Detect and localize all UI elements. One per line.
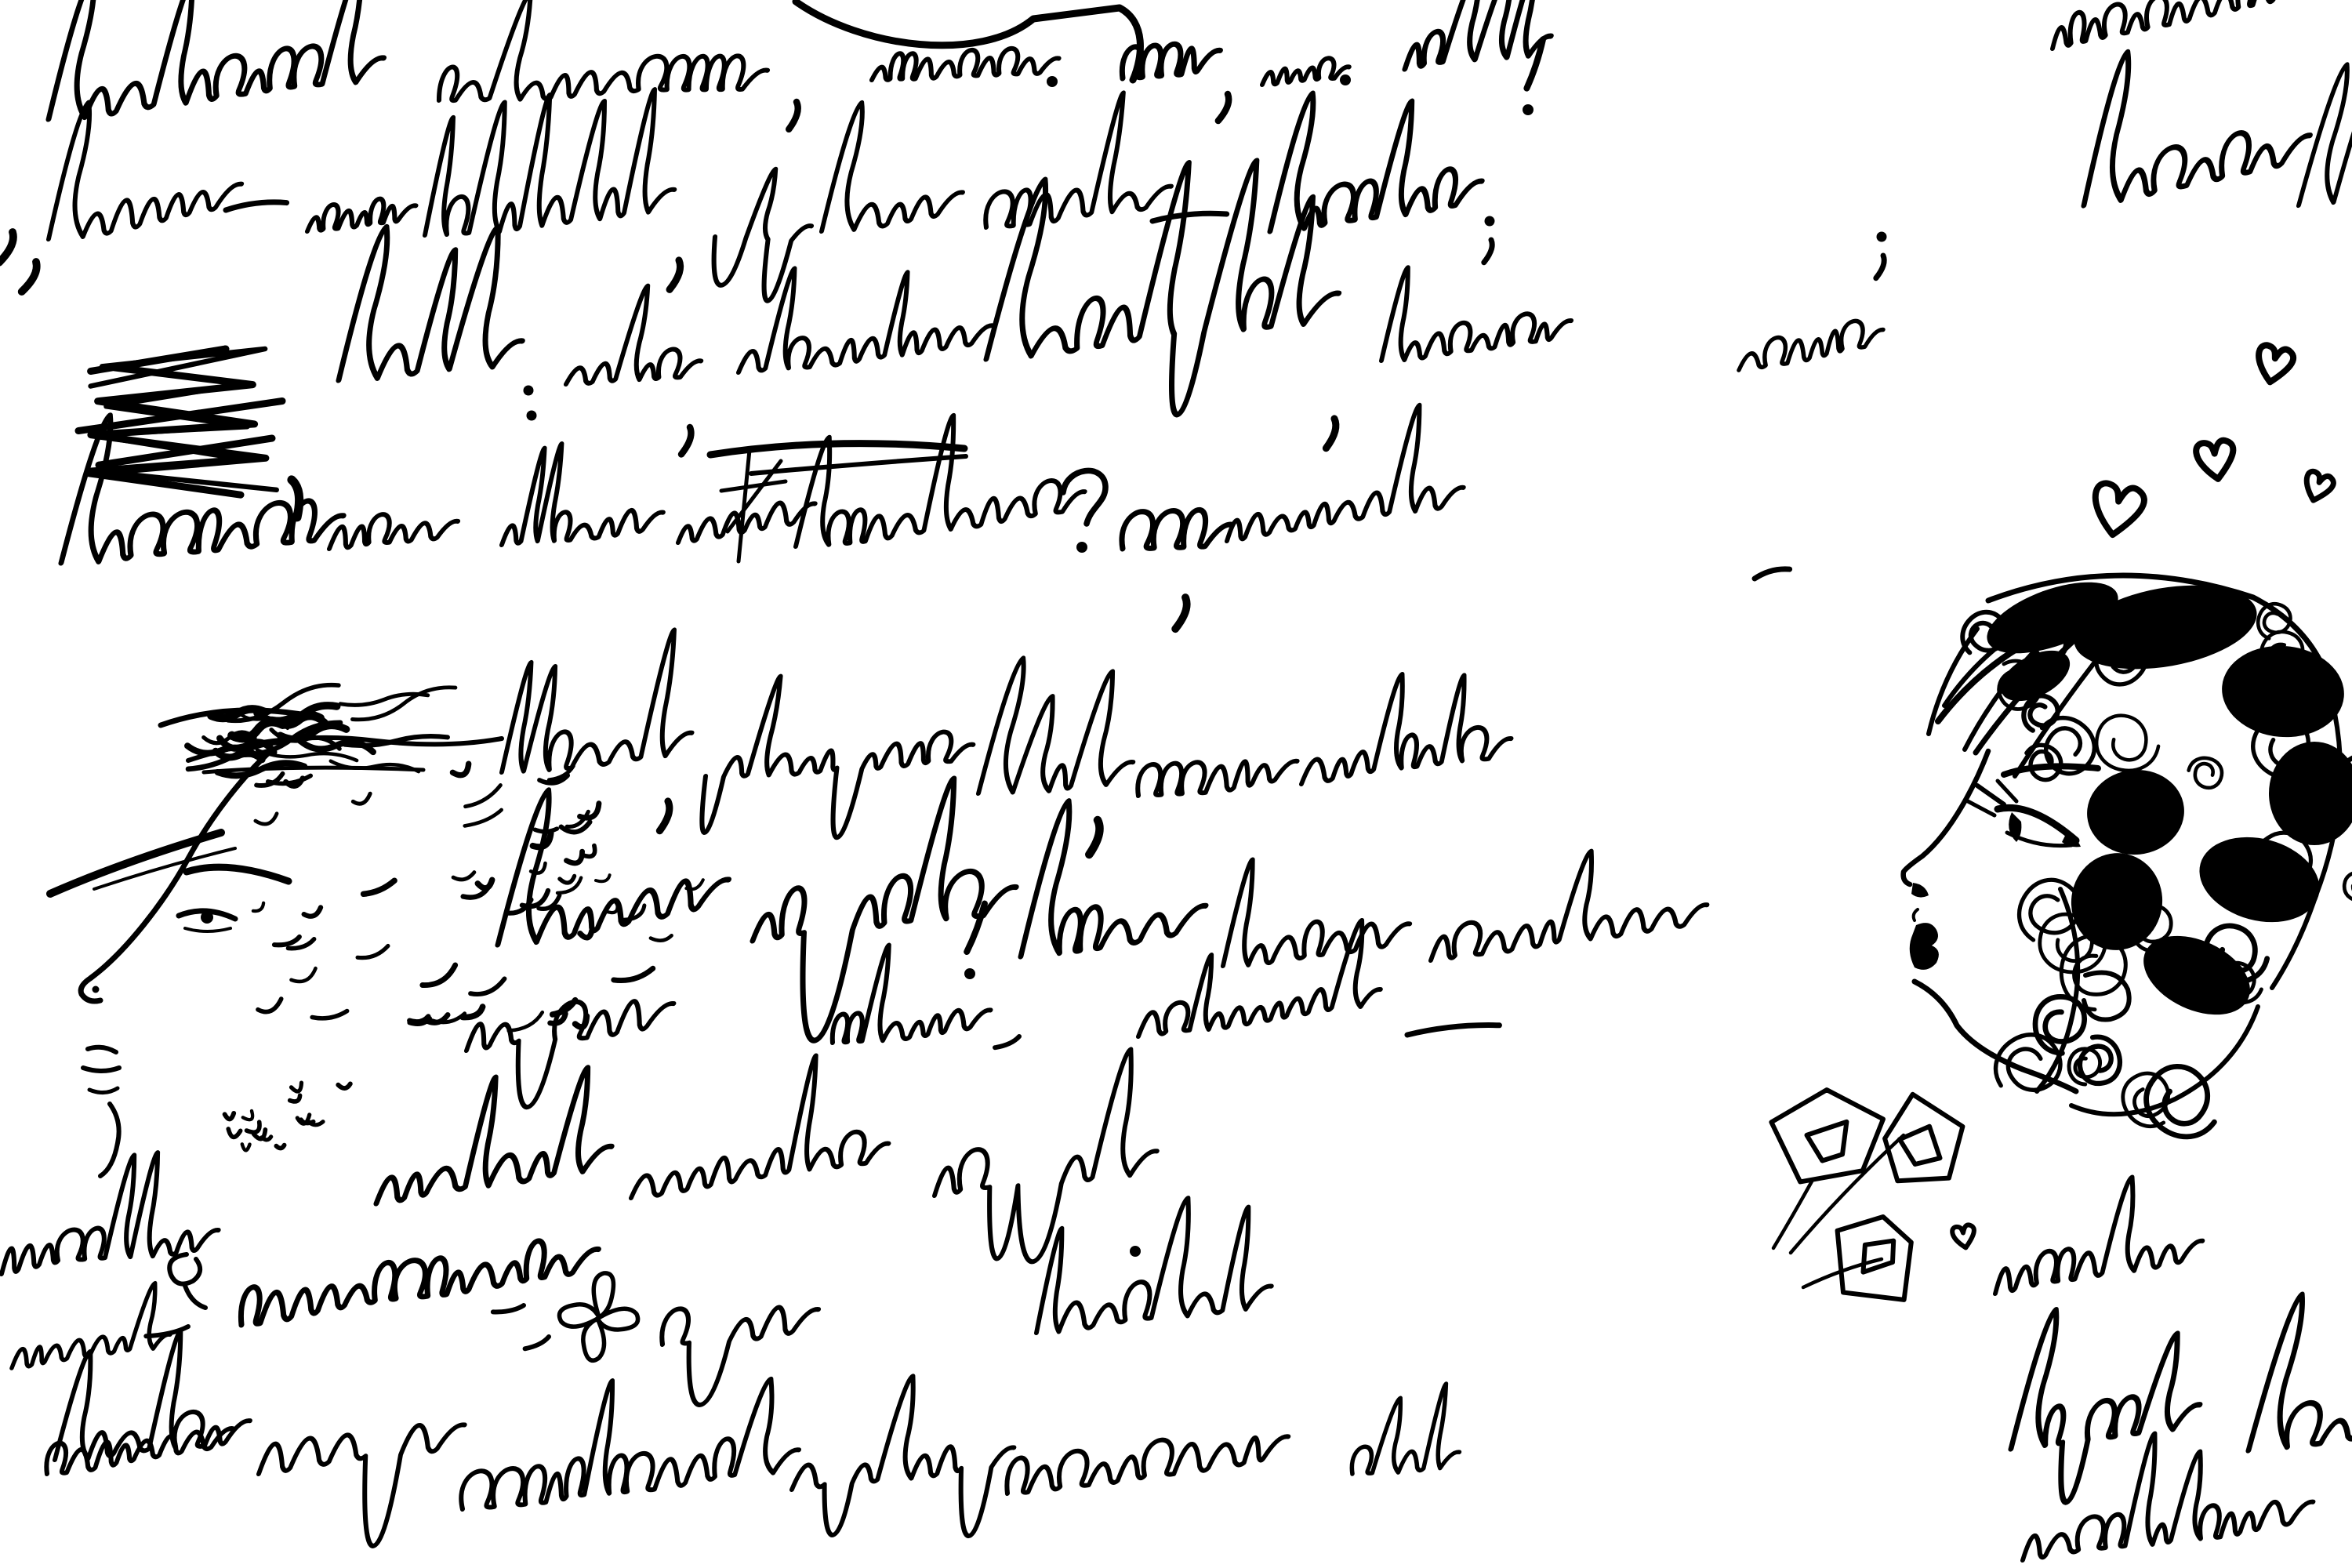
female-hair-blob xyxy=(2218,641,2348,742)
heart-doodle-4 xyxy=(2301,470,2336,504)
stray-tick xyxy=(493,1304,524,1315)
male-profile-stroke-12 xyxy=(204,768,423,772)
top-edge-arc xyxy=(796,2,1140,80)
scribble-word-r8-w3 xyxy=(928,1047,1166,1267)
male-profile-stroke-9 xyxy=(50,833,221,894)
male-profile-shading xyxy=(477,880,492,888)
male-profile-freckles xyxy=(225,1113,234,1120)
scribble-word-r10-w2 xyxy=(2249,1285,2352,1450)
semicolon-mark xyxy=(1484,239,1494,263)
comma-mark xyxy=(1175,597,1189,630)
male-profile-shading xyxy=(580,931,592,938)
female-profile-fill-1 xyxy=(1911,883,1929,898)
comma-mark xyxy=(670,260,682,291)
heart-doodle-5 xyxy=(1951,1224,1976,1250)
scribble-word-r9-w7 xyxy=(1995,1172,2207,1294)
scribble-word-r11-w2 xyxy=(251,1424,465,1550)
rose-doodle-3 xyxy=(1838,1217,1911,1300)
heart-doodle-1 xyxy=(2253,344,2295,386)
stray-tick xyxy=(995,1035,1020,1051)
scribble-word-r9-w6 xyxy=(1036,1193,1279,1333)
scribble-word-r2-w3 xyxy=(425,89,685,235)
exclamation-dot xyxy=(964,968,975,979)
scribble-word-r3-w2 xyxy=(566,285,713,387)
dash-mark xyxy=(1754,568,1790,579)
dash-mark xyxy=(1407,1024,1500,1035)
male-profile-freckles xyxy=(228,1129,241,1137)
scribble-word-r6-w2 xyxy=(740,775,1030,1044)
scribble-word-r1-w5 xyxy=(1262,56,1350,87)
scribble-word-r6-w4 xyxy=(1223,854,1417,966)
rose-stem-1 xyxy=(1773,1180,1813,1248)
scribble-word-r9-w2 xyxy=(12,1283,176,1368)
scribble-word-r4-w5 xyxy=(796,408,1092,546)
female-profile-stroke-3 xyxy=(1914,909,1918,920)
male-profile-shading xyxy=(292,968,316,982)
scribble-word-r4-w3 xyxy=(502,442,672,545)
male-profile-shading xyxy=(509,1012,543,1031)
period-mark xyxy=(1047,76,1058,87)
male-profile-shading xyxy=(423,965,456,985)
scribble-word-r7-w3 xyxy=(1138,920,1388,1036)
male-profile-freckles xyxy=(292,1083,302,1091)
scribble-word-r6-w3 xyxy=(1021,788,1220,956)
asterisk-doodle xyxy=(721,481,786,491)
semicolon-mark xyxy=(1485,216,1495,227)
male-profile-shading xyxy=(470,978,504,994)
heart-doodle-3 xyxy=(2089,481,2147,539)
semicolon-mark xyxy=(1876,255,1886,279)
scribble-word-r11-w7 xyxy=(2023,1425,2320,1560)
scribble-word-r2-w4 xyxy=(703,167,822,303)
scribble-word-r3-w1 xyxy=(339,219,537,380)
scribble-word-r11-w5 xyxy=(1006,1436,1288,1494)
male-profile-freckles xyxy=(243,1111,252,1120)
male-profile-shading xyxy=(364,880,395,894)
colon-mark xyxy=(524,386,534,396)
underline-stroke-2 xyxy=(751,456,966,474)
scribble-word-r11-w6 xyxy=(1351,1384,1468,1475)
male-profile-shading xyxy=(560,876,575,883)
dash-mark xyxy=(1152,212,1227,221)
scribble-word-r1-w8 xyxy=(2084,25,2321,205)
period-mark xyxy=(1130,1246,1141,1257)
scribble-word-r9-w3 xyxy=(45,1428,233,1474)
semicolon-mark xyxy=(1877,232,1887,242)
comma-mark xyxy=(0,231,16,264)
male-profile-freckles xyxy=(247,1122,260,1132)
male-profile-stroke-1 xyxy=(81,751,270,1001)
male-profile-shading xyxy=(358,946,388,958)
comma-mark xyxy=(1326,418,1337,449)
scribble-word-r1-w9 xyxy=(2299,60,2352,205)
rose-stem-2 xyxy=(1791,1135,1904,1253)
dash-mark xyxy=(226,201,287,210)
male-profile-shading xyxy=(256,814,277,824)
female-profile-stroke-10 xyxy=(1968,801,1994,815)
female-profile-stroke-9 xyxy=(1998,781,2016,801)
scribble-word-r4-w6 xyxy=(1120,510,1234,549)
scribble-word-r11-w4 xyxy=(786,1372,1022,1542)
male-profile-stroke-2 xyxy=(187,867,289,881)
scribble-word-r1-w3 xyxy=(872,42,1060,89)
four-petal-doodle xyxy=(560,1273,638,1360)
scribble-word-r3-w5 xyxy=(1381,262,1577,361)
scribble-word-r4-w7 xyxy=(1227,403,1472,541)
scribble-word-r8-w2 xyxy=(631,1053,898,1198)
female-hair-curl xyxy=(2186,755,2225,791)
colon-mark xyxy=(527,411,537,421)
scribble-word-r9-w5 xyxy=(652,1304,819,1406)
male-profile-shading xyxy=(614,968,653,980)
comma-mark xyxy=(22,261,39,294)
scribble-word-r2-w1 xyxy=(49,91,252,239)
male-profile-shading xyxy=(304,907,321,916)
male-profile-dot xyxy=(93,986,100,993)
male-profile-freckles xyxy=(262,1137,271,1140)
comma-mark xyxy=(789,101,799,130)
female-profile-stroke-2 xyxy=(1904,751,1988,884)
male-profile-hair xyxy=(299,739,373,752)
scribble-word-r4-w2 xyxy=(329,514,459,551)
comma-mark xyxy=(1218,93,1231,122)
male-profile-shading xyxy=(567,851,583,863)
male-profile-stroke-4 xyxy=(185,928,230,931)
comma-mark xyxy=(681,426,692,456)
period-mark xyxy=(1340,74,1351,85)
male-profile-freckles xyxy=(242,1144,250,1150)
male-profile-stroke-5 xyxy=(88,1047,116,1052)
scribble-word-r6-w1 xyxy=(498,776,743,945)
female-profile-stroke-8 xyxy=(1977,786,2004,804)
stray-tick xyxy=(525,1335,550,1352)
male-profile-shading xyxy=(651,935,672,940)
rose-doodle-2 xyxy=(1885,1094,1962,1181)
rose-doodle-1 xyxy=(1771,1090,1883,1181)
female-hair-curl xyxy=(2343,873,2352,902)
question-mark-dot xyxy=(1076,542,1087,553)
manuscript-page: Full-page artwork: illegible faux-cursiv… xyxy=(0,0,2352,1568)
exclamation-dot xyxy=(1523,104,1534,115)
scribble-word-r1-w1 xyxy=(49,0,396,119)
female-hair-curl xyxy=(2253,599,2295,643)
scribble-word-r2-w2 xyxy=(307,199,417,231)
male-profile-stroke-6 xyxy=(83,1068,119,1071)
scribble-word-r2-w5 xyxy=(822,96,975,231)
male-profile-dot xyxy=(201,911,213,924)
scribble-word-r5-w1 xyxy=(502,628,705,772)
female-hair-curl xyxy=(2092,711,2162,775)
scribble-word-r1-w7 xyxy=(2053,0,2352,49)
comma-mark xyxy=(1089,819,1101,855)
scribble-word-r6-w5 xyxy=(1431,847,1713,960)
male-profile-shading xyxy=(522,891,548,906)
scribble-word-r5-w4 xyxy=(1137,760,1298,796)
scribble-word-r5-w5 xyxy=(1301,668,1517,784)
male-profile-shading xyxy=(596,875,610,881)
female-hair-blob xyxy=(2083,765,2189,859)
male-profile-shading xyxy=(465,810,502,826)
male-profile-shading xyxy=(549,766,573,780)
heart-doodle-2 xyxy=(2195,439,2237,481)
scribble-word-r3-w4 xyxy=(977,151,1359,428)
scribble-word-r2-w6 xyxy=(984,91,1185,227)
male-profile-freckles xyxy=(338,1083,350,1088)
male-profile-shading xyxy=(452,764,468,775)
scribble-word-r9-w1 xyxy=(2,1150,227,1274)
male-profile-shading xyxy=(466,786,501,807)
question-mark xyxy=(1063,470,1105,524)
male-profile-stroke-8 xyxy=(100,1104,119,1176)
male-profile-hair xyxy=(216,751,262,760)
male-profile-shading xyxy=(274,937,299,945)
scribble-word-r5-w3 xyxy=(978,654,1149,793)
scribble-word-r11-w3 xyxy=(460,1370,806,1509)
scribble-word-r7-w2 xyxy=(832,943,999,1043)
female-profile-fill-2 xyxy=(1910,923,1939,970)
male-profile-hair xyxy=(340,694,428,705)
scribble-word-r1-w2 xyxy=(437,0,779,111)
comma-mark xyxy=(659,800,670,832)
male-profile-stroke-14 xyxy=(169,1254,205,1308)
male-profile-shading xyxy=(453,873,474,880)
male-profile-shading xyxy=(575,1016,587,1027)
male-profile-shading xyxy=(312,1011,347,1018)
male-profile-freckles xyxy=(290,1095,300,1102)
male-profile-freckles xyxy=(276,1145,284,1149)
scribble-word-r10-w1 xyxy=(2002,1293,2216,1509)
scribble-handwriting-artwork xyxy=(0,0,2352,1568)
scribble-word-r3-w6 xyxy=(1739,319,1884,370)
male-profile-shading xyxy=(258,999,281,1012)
scribble-word-r9-w4 xyxy=(240,1238,599,1325)
male-profile-shading xyxy=(253,903,263,911)
male-profile-stroke-7 xyxy=(89,1088,118,1093)
male-profile-shading xyxy=(353,793,370,804)
scribble-word-r8-w1 xyxy=(376,1065,622,1203)
ink-layer xyxy=(0,0,2352,1560)
